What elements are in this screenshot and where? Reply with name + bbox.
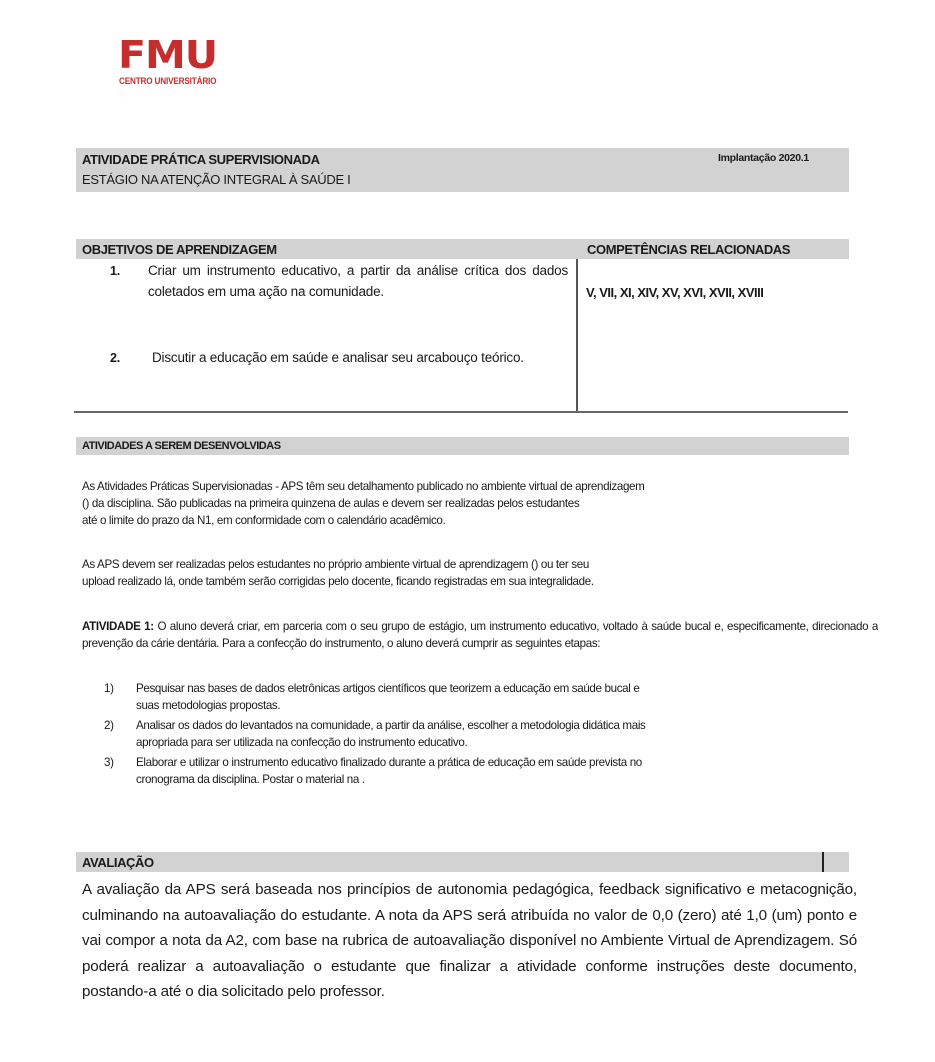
step-number: 2)	[104, 717, 114, 734]
text-line: Pesquisar nas bases de dados eletrônicas…	[136, 680, 639, 697]
objetivo-text: Discutir a educação em saúde e analisar …	[152, 347, 572, 368]
text-line: cronograma da disciplina. Postar o mater…	[136, 771, 642, 788]
objetivo-text: Criar um instrumento educativo, a partir…	[148, 260, 568, 302]
objetivo-number: 2.	[110, 351, 120, 365]
paragraph-aps-intro: As Atividades Práticas Supervisionadas -…	[82, 478, 644, 529]
fmu-logo: FMU	[118, 36, 217, 74]
text-cursor	[822, 852, 824, 872]
text-line: até o limite do prazo da N1, em conformi…	[82, 512, 644, 529]
text-line: upload realizado lá, onde também serão c…	[82, 573, 594, 590]
competencias-list: V, VII, XI, XIV, XV, XVI, XVII, XVIII	[586, 285, 763, 300]
text-line: Elaborar e utilizar o instrumento educat…	[136, 754, 642, 771]
text-line: As Atividades Práticas Supervisionadas -…	[82, 478, 644, 495]
objetivos-heading: OBJETIVOS DE APRENDIZAGEM	[82, 242, 277, 257]
text-line: As APS devem ser realizadas pelos estuda…	[82, 556, 594, 573]
atividade-1-label: ATIVIDADE 1:	[82, 620, 154, 633]
table-bottom-border	[74, 411, 848, 413]
objetivo-item: 1.	[110, 260, 120, 282]
logo-subtitle: CENTRO UNIVERSITÁRIO	[119, 77, 216, 87]
paragraph-atividade-1: ATIVIDADE 1: O aluno deverá criar, em pa…	[82, 618, 878, 652]
objetivo-item: 2.	[110, 347, 120, 369]
document-title: ATIVIDADE PRÁTICA SUPERVISIONADA	[82, 152, 320, 167]
avaliacao-text: A avaliação da APS será baseada nos prin…	[82, 877, 857, 1005]
step-text: Analisar os dados do levantados na comun…	[136, 717, 646, 751]
document-subtitle: ESTÁGIO NA ATENÇÃO INTEGRAL À SAÚDE I	[82, 172, 350, 187]
avaliacao-heading: AVALIAÇÃO	[82, 855, 154, 870]
text-line: Analisar os dados do levantados na comun…	[136, 717, 646, 734]
avaliacao-header-bar	[76, 852, 849, 872]
competencias-heading: COMPETÊNCIAS RELACIONADAS	[587, 242, 790, 257]
paragraph-aps-upload: As APS devem ser realizadas pelos estuda…	[82, 556, 594, 590]
objetivo-number: 1.	[110, 264, 120, 278]
atividade-1-text: O aluno deverá criar, em parceria com o …	[82, 620, 878, 650]
step-number: 3)	[104, 754, 114, 771]
atividades-heading: ATIVIDADES A SEREM DESENVOLVIDAS	[82, 440, 281, 452]
text-line: apropriada para ser utilizada na confecç…	[136, 734, 646, 751]
step-number: 1)	[104, 680, 114, 697]
text-line: suas metodologias propostas.	[136, 697, 639, 714]
text-line: () da disciplina. São publicadas na prim…	[82, 495, 644, 512]
step-text: Elaborar e utilizar o instrumento educat…	[136, 754, 642, 788]
implantacao-label: Implantação 2020.1	[718, 152, 809, 164]
table-column-divider	[576, 259, 578, 412]
step-text: Pesquisar nas bases de dados eletrônicas…	[136, 680, 639, 714]
